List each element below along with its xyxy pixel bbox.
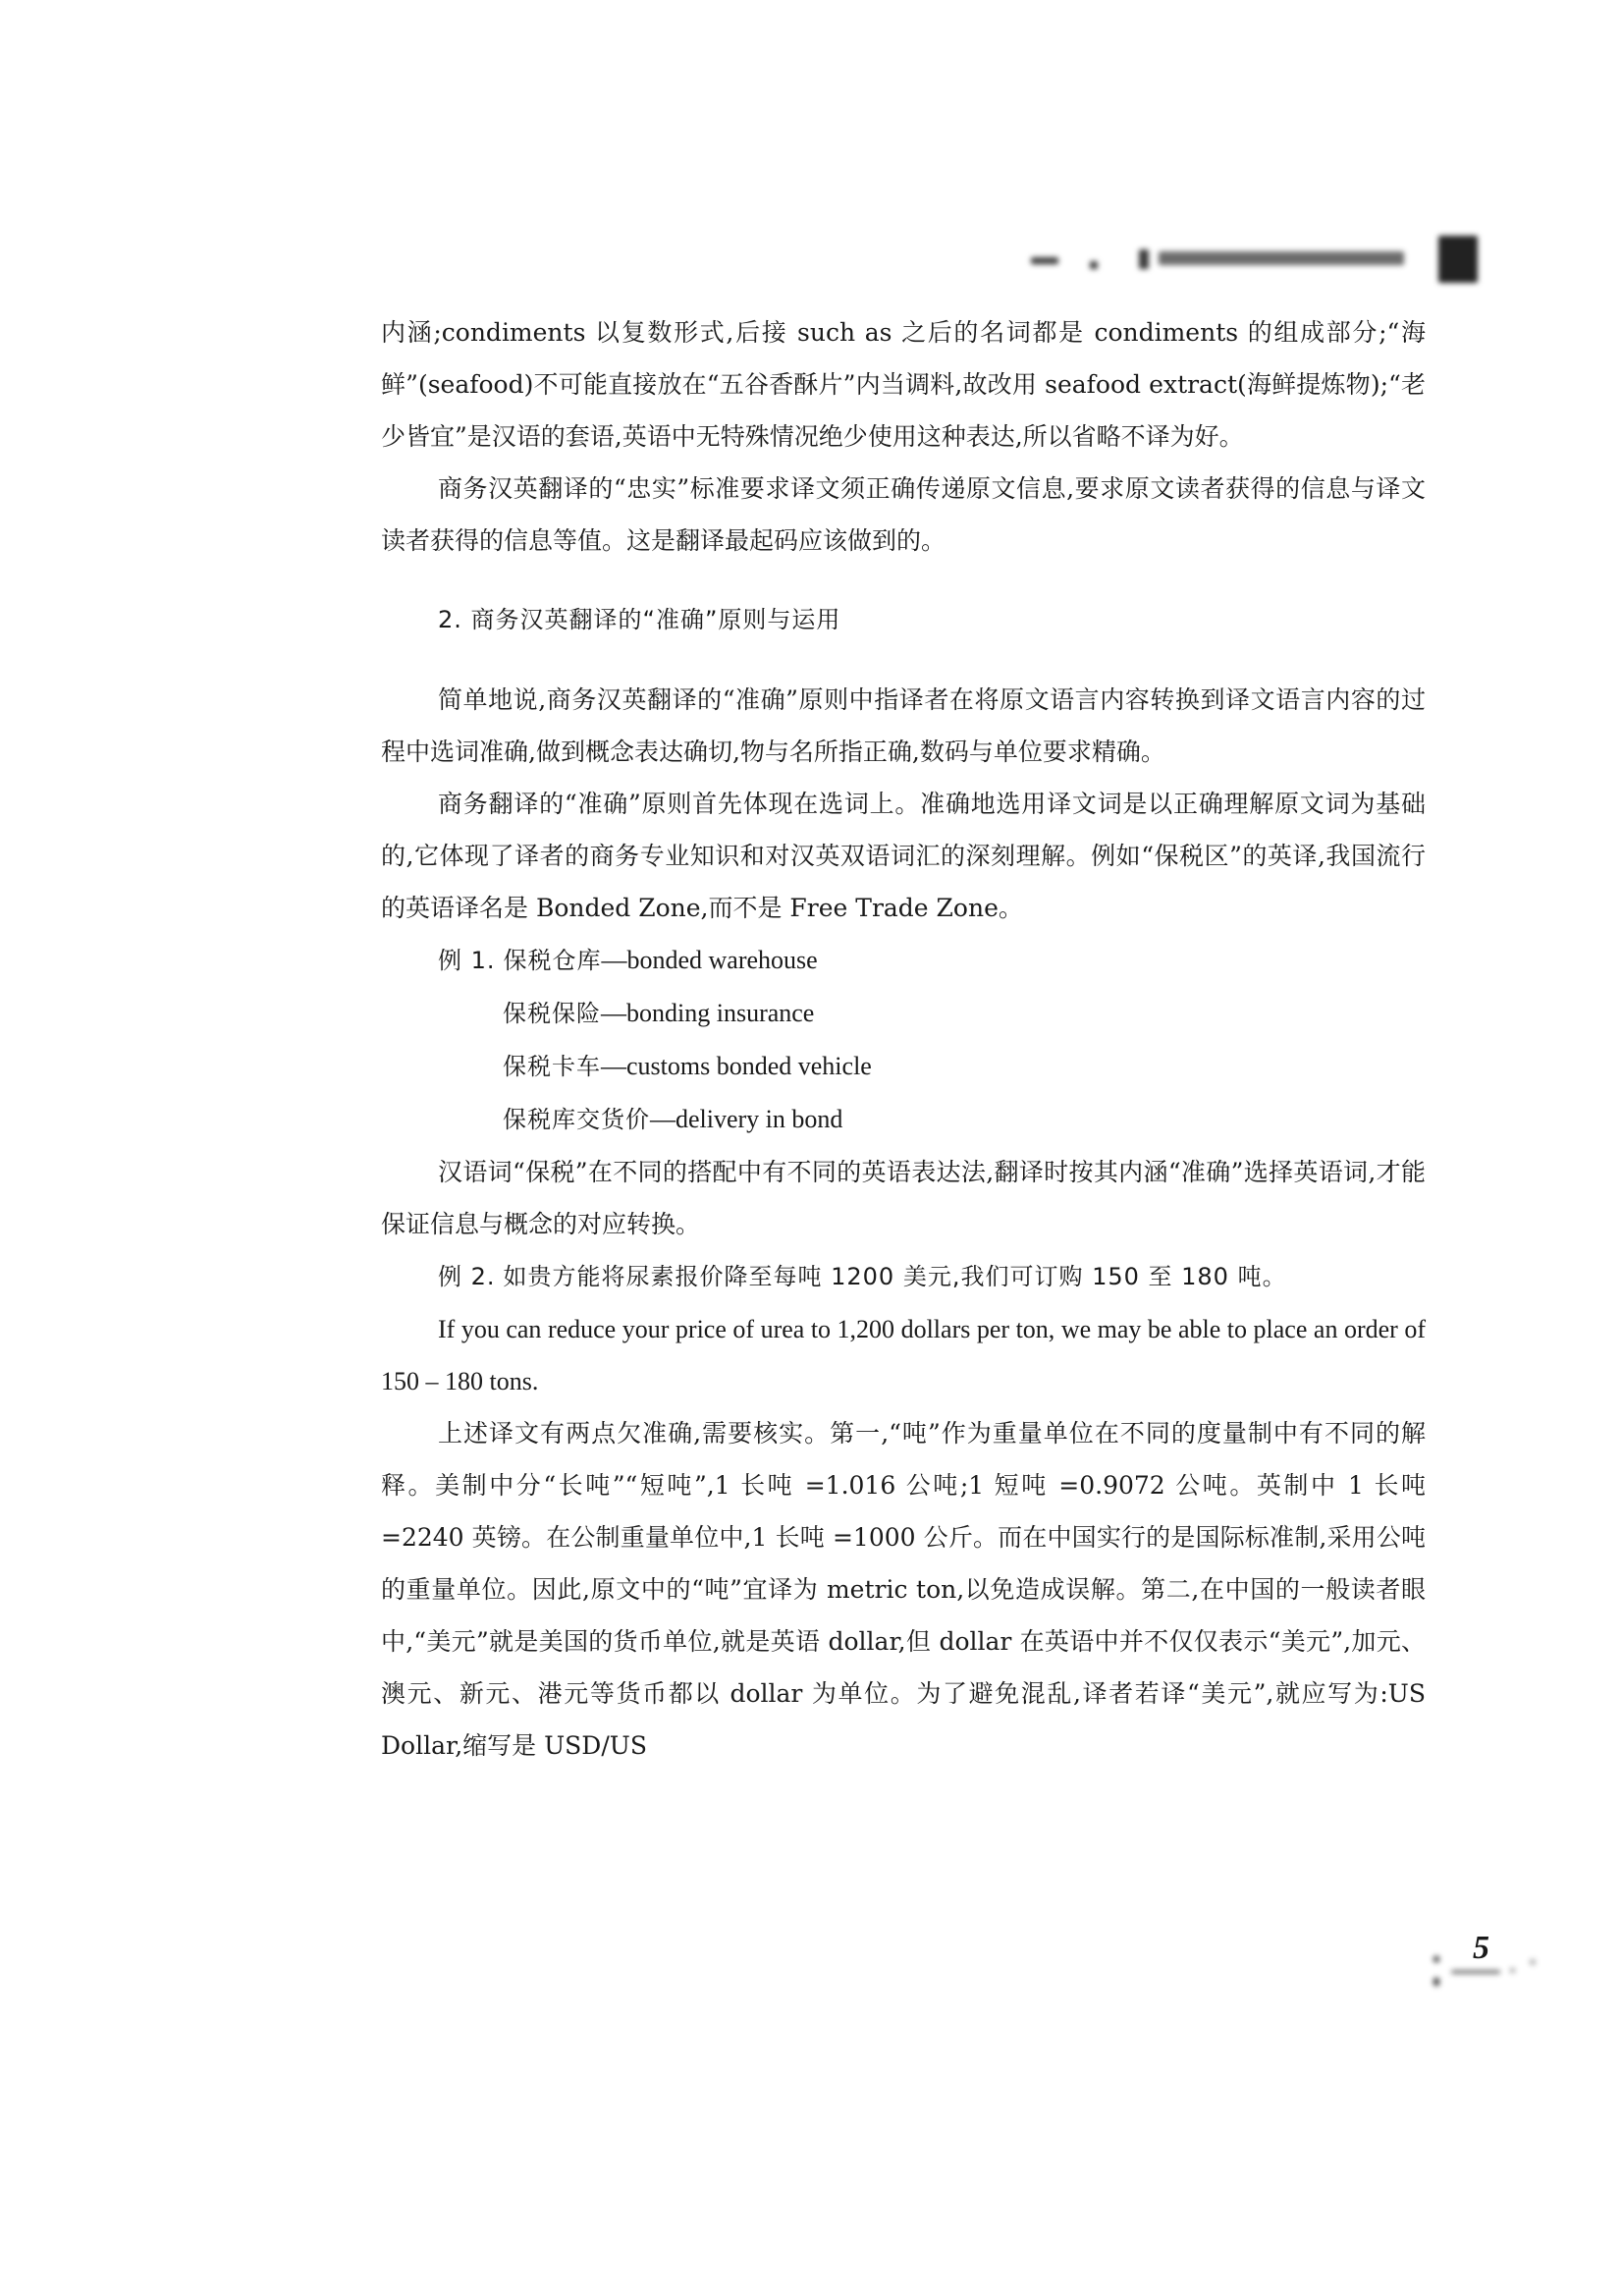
paragraph-1: 内涵;condiments 以复数形式,后接 such as 之后的名词都是 c… — [381, 306, 1426, 463]
example-2-cn: 例 2. 如贵方能将尿素报价降至每吨 1200 美元,我们可订购 150 至 1… — [381, 1250, 1426, 1303]
example-label: 例 2. — [438, 1263, 496, 1290]
example-1-item: 例 1. 保税仓库—bonded warehouse — [381, 934, 1426, 987]
example-cn-term: 保税卡车 — [503, 1053, 601, 1080]
paragraph-6: 上述译文有两点欠准确,需要核实。第一,“吨”作为重量单位在不同的度量制中有不同的… — [381, 1407, 1426, 1772]
page-number: 5 — [1473, 1930, 1489, 1967]
example-cn-term: 保税保险 — [503, 1000, 601, 1027]
header-blur-mark — [1090, 261, 1098, 269]
example-en-term: —bonded warehouse — [601, 946, 817, 974]
paragraph-5: 汉语词“保税”在不同的搭配中有不同的英语表达法,翻译时按其内涵“准确”选择英语词… — [381, 1146, 1426, 1250]
footer-blur-dot — [1530, 1959, 1536, 1965]
footer-blur-dot — [1433, 1978, 1439, 1986]
paragraph-4: 商务翻译的“准确”原则首先体现在选词上。准确地选用译文词是以正确理解原文词为基础… — [381, 778, 1426, 934]
example-1-item: 保税库交货价—delivery in bond — [381, 1093, 1426, 1146]
example-en-term: —delivery in bond — [650, 1105, 842, 1133]
paragraph-3: 简单地说,商务汉英翻译的“准确”原则中指译者在将原文语言内容转换到译文语言内容的… — [381, 674, 1426, 778]
example-cn-term: 保税库交货价 — [503, 1106, 650, 1133]
footer-blur-dot — [1510, 1968, 1515, 1973]
example-label: 例 1. — [438, 947, 496, 974]
example-en-term: —customs bonded vehicle — [601, 1052, 872, 1080]
running-header — [1021, 236, 1492, 285]
footer-blur-dot — [1433, 1956, 1439, 1962]
example-2-sentence: 如贵方能将尿素报价降至每吨 1200 美元,我们可订购 150 至 180 吨。 — [503, 1263, 1286, 1290]
example-cn-term: 保税仓库 — [503, 947, 601, 974]
example-2-en: If you can reduce your price of urea to … — [381, 1303, 1426, 1407]
paragraph-2: 商务汉英翻译的“忠实”标准要求译文须正确传递原文信息,要求原文读者获得的信息与译… — [381, 463, 1426, 567]
example-1-item: 保税保险—bonding insurance — [381, 987, 1426, 1040]
example-1-item: 保税卡车—customs bonded vehicle — [381, 1040, 1426, 1093]
chapter-marker-icon — [1438, 236, 1478, 283]
header-blur-mark — [1031, 257, 1058, 264]
section-heading: 2. 商务汉英翻译的“准确”原则与运用 — [438, 594, 1426, 646]
header-blur-title — [1159, 251, 1404, 265]
example-1: 例 1. 保税仓库—bonded warehouse 保税保险—bonding … — [381, 934, 1426, 1146]
document-body: 内涵;condiments 以复数形式,后接 such as 之后的名词都是 c… — [381, 306, 1426, 1772]
example-en-term: —bonding insurance — [601, 999, 814, 1027]
footer-rule — [1451, 1970, 1500, 1974]
header-blur-mark — [1139, 249, 1149, 269]
